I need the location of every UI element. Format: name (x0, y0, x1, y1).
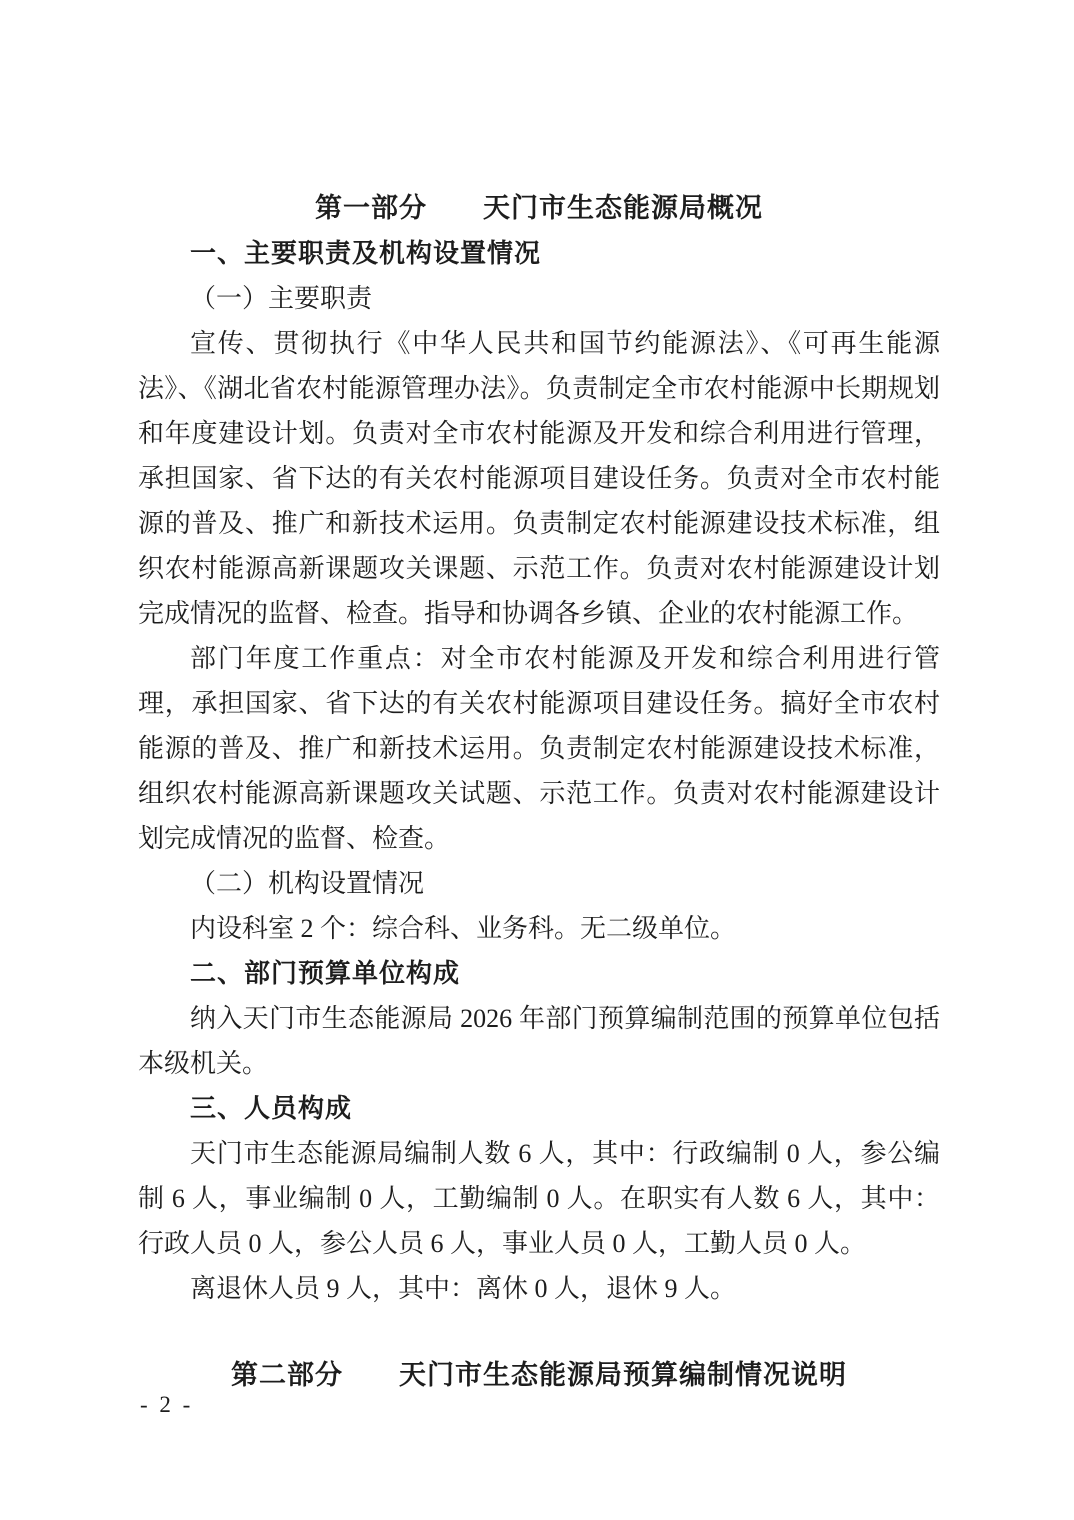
paragraph-budget-units: 纳入天门市生态能源局 2026 年部门预算编制范围的预算单位包括本级机关。 (138, 996, 940, 1086)
part-one-title: 第一部分 天门市生态能源局概况 (138, 186, 940, 231)
paragraph-personnel-composition: 天门市生态能源局编制人数 6 人，其中：行政编制 0 人，参公编制 6 人，事业… (138, 1131, 940, 1266)
subsection-heading-main-duties: （一）主要职责 (138, 276, 940, 321)
subsection-heading-org-setup: （二）机构设置情况 (138, 861, 940, 906)
paragraph-main-duties: 宣传、贯彻执行《中华人民共和国节约能源法》、《可再生能源法》、《湖北省农村能源管… (138, 321, 940, 636)
section-heading-personnel: 三、人员构成 (138, 1086, 940, 1131)
part-two-title: 第二部分 天门市生态能源局预算编制情况说明 (138, 1353, 940, 1398)
section-heading-duties-and-org: 一、主要职责及机构设置情况 (138, 231, 940, 276)
document-body: 第一部分 天门市生态能源局概况 一、主要职责及机构设置情况 （一）主要职责 宣传… (138, 186, 940, 1398)
paragraph-org-setup: 内设科室 2 个：综合科、业务科。无二级单位。 (138, 906, 940, 951)
paragraph-annual-work-focus: 部门年度工作重点：对全市农村能源及开发和综合利用进行管理，承担国家、省下达的有关… (138, 636, 940, 861)
section-heading-budget-units: 二、部门预算单位构成 (138, 951, 940, 996)
page-number: - 2 - (140, 1392, 193, 1418)
paragraph-retirees: 离退休人员 9 人，其中：离休 0 人，退休 9 人。 (138, 1266, 940, 1311)
document-page: 第一部分 天门市生态能源局概况 一、主要职责及机构设置情况 （一）主要职责 宣传… (0, 0, 1074, 1520)
